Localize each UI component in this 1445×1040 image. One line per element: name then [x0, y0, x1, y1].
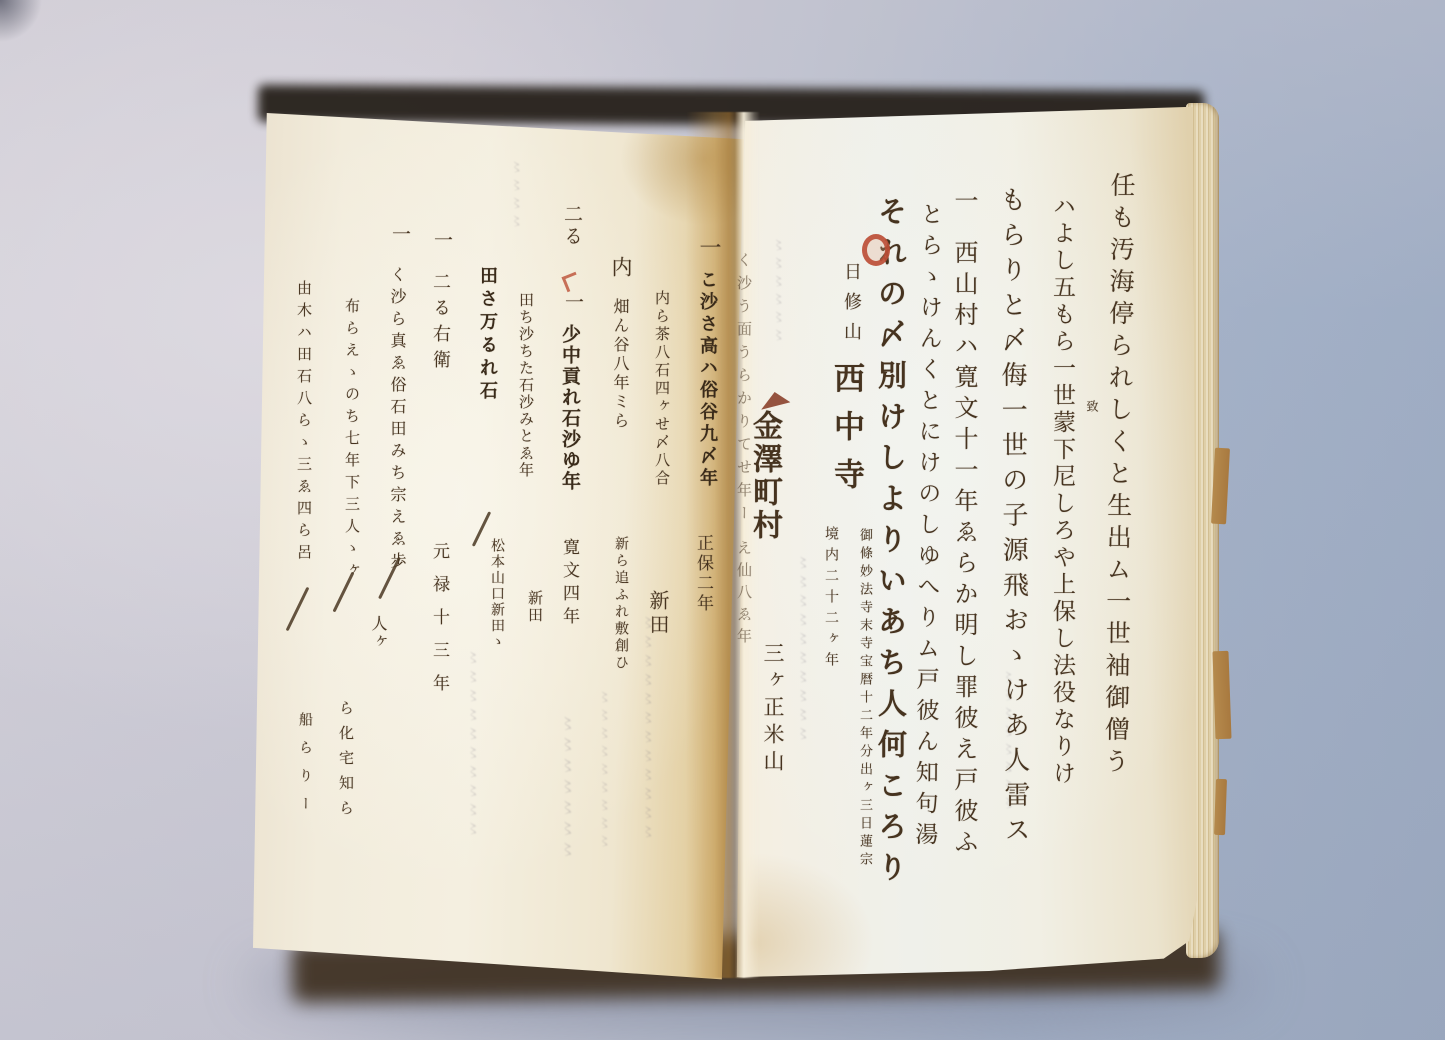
text-column: こ沙さ高ハ俗谷九〆年 — [698, 270, 716, 490]
item-marker: 一 — [697, 236, 719, 263]
text-column: 二る右衛 — [431, 272, 449, 376]
text-column: 新田 — [648, 590, 668, 638]
paper-tab — [1212, 651, 1231, 740]
temple-mountain-name: 日修山 — [842, 262, 860, 352]
photo-backdrop: 〻〻〻〻〻〻〻〻〻〻〻〻 〻〻〻〻〻〻〻〻〻 〻〻〻〻〻〻〻〻〻〻 〻〻〻〻 〻… — [0, 0, 1445, 1040]
text-column: ら化宅知ら — [338, 700, 353, 825]
paper-tab — [1211, 448, 1230, 525]
gloss-note: 致 — [1086, 400, 1098, 413]
village-heading: 金澤町村 — [749, 410, 779, 542]
era-note: 元禄十三年 — [430, 542, 447, 707]
text-column: く沙う面うらかりてせ年ー — [736, 252, 751, 528]
text-column: 西山村ハ寛文十一年ゑらか明し罪彼え戸彼ふ — [952, 240, 976, 860]
text-column: 畑ん谷八年ミら — [612, 298, 628, 431]
text-column: え仙八ゑ年 — [736, 540, 751, 650]
text-column: 松本山口新田ゝ — [490, 538, 504, 650]
item-marker: 一 — [563, 292, 582, 316]
ghost-text: 〻〻〻〻〻〻〻 — [558, 715, 574, 862]
text-column: く沙ら真ゑ俗石田みち宗えゑ歩 — [389, 266, 405, 574]
text-column: 内ら茶八石四ヶせ〆八合 — [654, 290, 669, 488]
temple-annotation: 境内二十二ヶ年 — [824, 526, 838, 673]
ghost-text: 〻〻〻〻 — [508, 160, 521, 232]
text-column: ハよし五もら一世蒙下尼しろや上保し法役なりけ — [1050, 194, 1073, 788]
text-column: 少中貢れ石沙ゆ年 — [560, 324, 579, 492]
text-column: もらりと〆侮一世の子源飛おゝけあ人雷ス — [998, 186, 1029, 851]
item-marker: 一 — [952, 188, 976, 217]
ghost-text: 〻〻〻〻〻〻〻〻〻〻〻〻 — [640, 615, 654, 843]
red-circle-mark — [862, 234, 890, 266]
text-column: 新ら追ふれ敷創ひ — [614, 536, 628, 672]
ghost-text: 〻〻〻〻〻〻〻〻〻 — [596, 690, 609, 852]
text-column: それの〆別けしよりいあち人何ころり — [876, 196, 905, 893]
text-column: とらゝけんくとにけのしゆへりム戸彼ん知句湯 — [912, 202, 941, 853]
era-note: 寛文四年 — [560, 538, 577, 630]
text-column: 船らりー — [298, 712, 312, 824]
ghost-text: 〻〻〻〻〻〻〻〻〻〻 — [795, 555, 809, 745]
text-column: 由木ハ田石八らゝ三ゑ四ら呂 — [296, 280, 311, 566]
item-marker: 一 — [390, 224, 409, 248]
era-note: 正保二年 — [694, 534, 711, 614]
ghost-text: 〻〻〻〻〻〻〻〻〻〻 — [465, 650, 479, 840]
text-column: 任も汚海停られしくと生出ム一世袖御僧う — [1103, 172, 1134, 780]
text-column: 布らえゝのち七年下三人ゝヶ — [344, 298, 359, 584]
text-column: 田さ万るれ石 — [478, 266, 496, 404]
item-marker: 一 — [432, 230, 451, 254]
text-column: 二る — [562, 204, 581, 248]
paper-tab — [1214, 779, 1227, 835]
temple-annotation: 御條妙法寺末寺宝暦十二年分出ヶ三日蓮宗 — [858, 528, 871, 870]
item-marker: 内 — [610, 256, 631, 282]
ghost-text: 〻〻〻〻〻〻 — [770, 238, 783, 346]
text-column: 人ヶ — [370, 615, 386, 651]
temple-name: 西中寺 — [830, 362, 861, 506]
village-subnote: 三ヶ正米山 — [762, 642, 783, 777]
text-column: 田ち沙ちた石沙みとゑ年 — [518, 292, 533, 479]
text-column: 新田 — [527, 590, 542, 624]
